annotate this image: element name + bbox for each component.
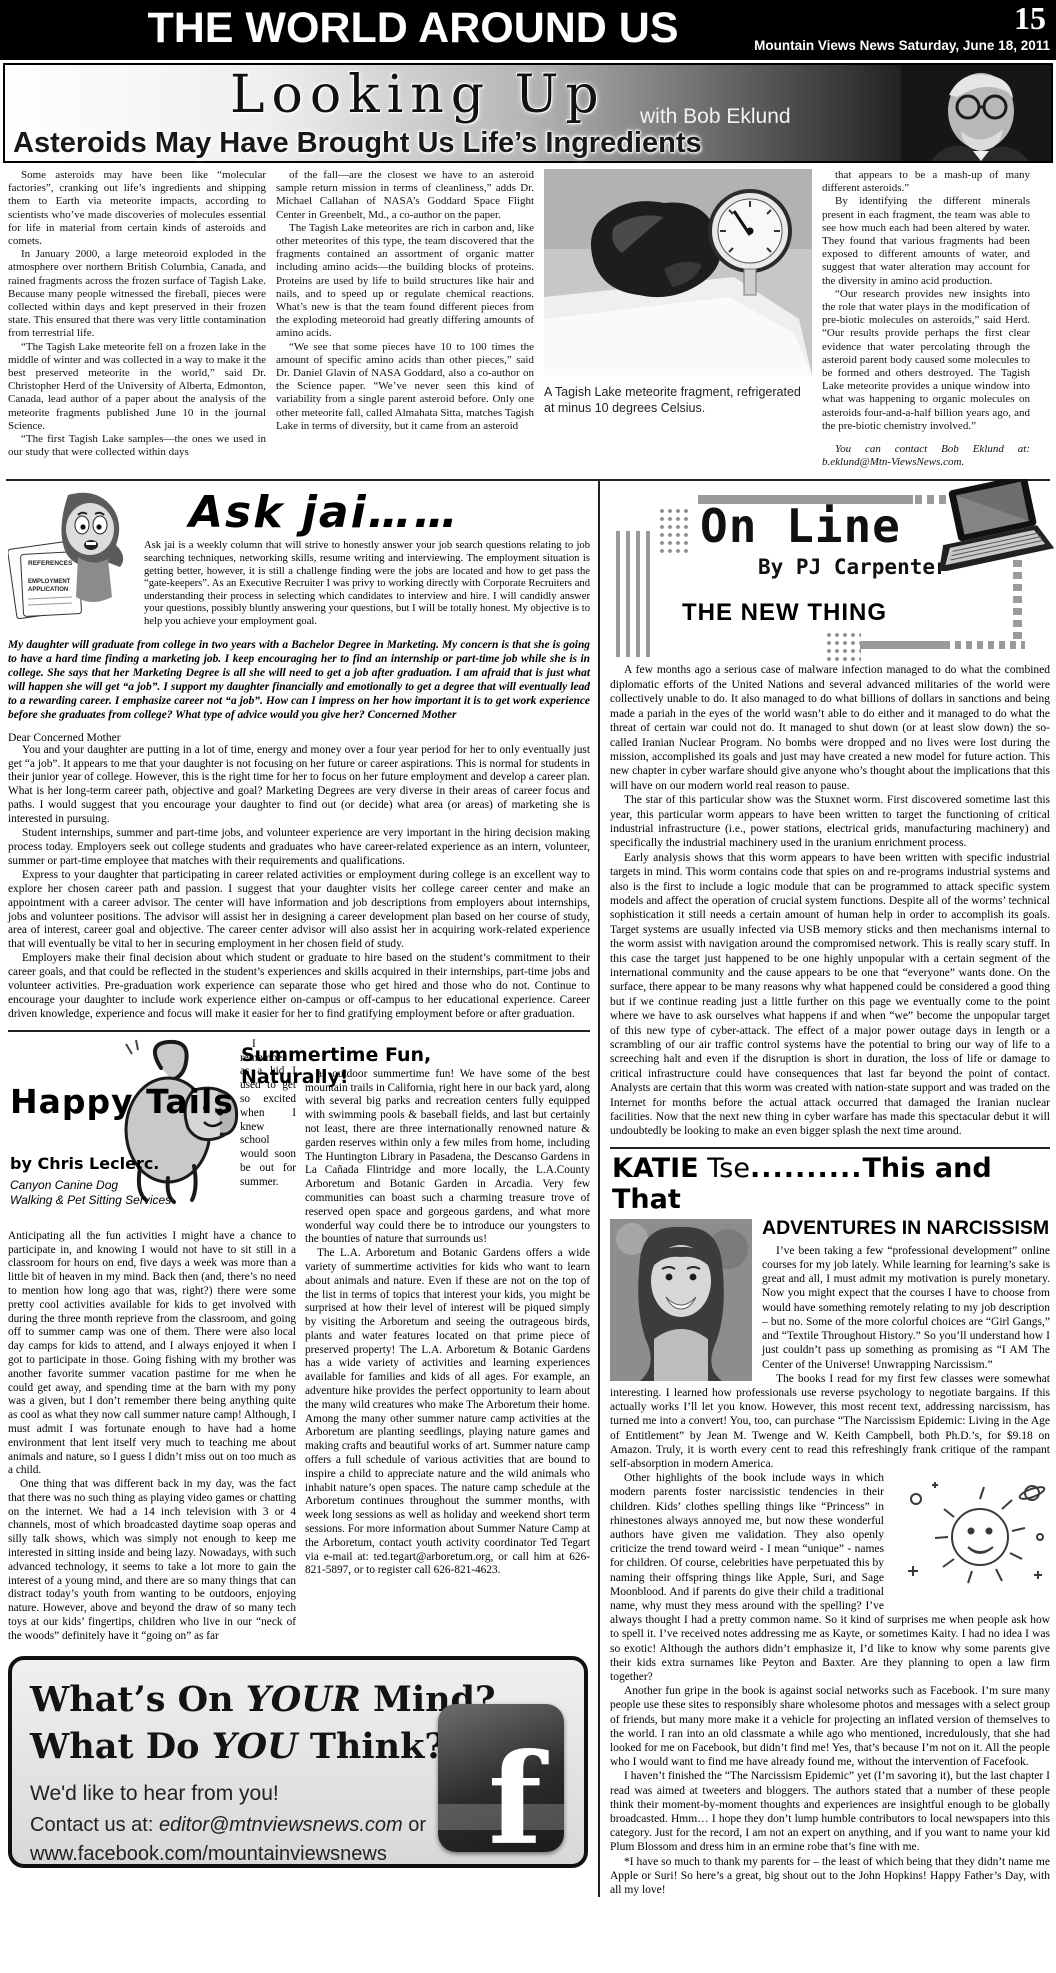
text: What Do <box>30 1726 212 1767</box>
newspaper-page: THE WORLD AROUND US 15 Mountain Views Ne… <box>0 0 1056 1973</box>
paragraph: The star of this particular show was the… <box>610 793 1050 851</box>
column-logo-looking-up: Looking Up <box>230 65 606 125</box>
facebook-f-icon: f <box>488 1749 542 1852</box>
article-column-1: Some asteroids may have been like “molec… <box>8 169 266 469</box>
on-line-article: A few months ago a serious case of malwa… <box>610 663 1050 1138</box>
paragraph: Express to your daughter that participat… <box>8 869 590 952</box>
article-headline: Asteroids May Have Brought Us Life’s Ing… <box>13 127 843 160</box>
paragraph: Other highlights of the book include way… <box>610 1471 1050 1684</box>
facebook-logo-shine <box>438 1804 564 1830</box>
contact-line: You can contact Bob Eklund at: b.eklund@… <box>822 443 1030 469</box>
bob-eklund-photo <box>901 65 1051 161</box>
masthead-title: THE WORLD AROUND US <box>0 4 826 53</box>
ask-jai-cartoon: REFERENCES EMPLOYMENT APPLICATION <box>8 487 136 619</box>
paragraph: Student internships, summer and part-tim… <box>8 827 590 869</box>
header-dots: .......... <box>750 1153 863 1184</box>
text: Think? <box>298 1726 445 1767</box>
happy-tails-section: Summertime Fun, Naturally! <box>8 1032 590 1644</box>
feedback-box: What’s On YOUR Mind? What Do YOU Think? … <box>8 1656 588 1868</box>
paragraph: Some asteroids may have been like “molec… <box>8 169 266 248</box>
ask-jai-intro: Ask jai is a weekly column that will str… <box>144 540 590 628</box>
section-divider <box>610 1147 1050 1149</box>
emphasis-your: YOUR <box>246 1679 361 1720</box>
happy-tails-column-2: as outdoor summertime fun! We have some … <box>305 1038 590 1644</box>
paragraph: of the fall—are the closest we have to a… <box>276 169 534 222</box>
paragraph: “The first Tagish Lake samples—the ones … <box>8 433 266 459</box>
looking-up-banner: Looking Up with Bob Eklund Asteroids May… <box>3 63 1053 163</box>
paragraph: as outdoor summertime fun! We have some … <box>305 1068 590 1247</box>
ask-jai-title: Ask jai…… <box>189 487 590 538</box>
laptop-icon <box>926 479 1054 571</box>
text: What’s On <box>30 1679 246 1720</box>
logo-dot-matrix-2 <box>825 631 861 661</box>
this-and-that-subtitle: ADVENTURES IN NARCISSISM <box>760 1217 1050 1240</box>
paragraph: Another fun gripe in the book is against… <box>610 1684 1050 1769</box>
paragraph: In January 2000, a large meteoroid explo… <box>8 248 266 340</box>
ask-jai-answer: You and your daughter are putting in a l… <box>8 744 590 1022</box>
paragraph: The Tagish Lake meteorites are rich in c… <box>276 222 534 341</box>
left-column-stack: REFERENCES EMPLOYMENT APPLICATION <box>0 481 598 1897</box>
katie-photo <box>610 1219 752 1381</box>
paragraph: A few months ago a serious case of malwa… <box>610 663 1050 793</box>
ask-jai-section: REFERENCES EMPLOYMENT APPLICATION <box>8 487 590 1021</box>
paragraph: *I have so much to thank my parents for … <box>610 1855 1050 1898</box>
author-first-name: KATIE <box>612 1153 699 1184</box>
article-column-3: that appears to be a mash-up of many dif… <box>822 169 1030 469</box>
paragraph: I haven’t finished the “The Narcissism E… <box>610 1769 1050 1854</box>
paragraph: The L.A. Arboretum and Botanic Gardens o… <box>305 1247 590 1578</box>
ask-jai-intro-block: Ask jai…… Ask jai is a weekly column tha… <box>144 487 590 628</box>
cartoon-label-application: APPLICATION <box>28 587 68 593</box>
paragraph: Early analysis shows that this worm appe… <box>610 851 1050 1139</box>
lower-sections: REFERENCES EMPLOYMENT APPLICATION <box>0 481 1056 1897</box>
dog-illustration <box>106 1038 246 1208</box>
article-column-2: of the fall—are the closest we have to a… <box>276 169 534 469</box>
author-surname: Tse <box>699 1153 750 1184</box>
facebook-logo: f <box>438 1704 564 1852</box>
page-number: 15 <box>1014 0 1046 37</box>
asteroid-article: Some asteroids may have been like “molec… <box>0 163 1056 477</box>
logo-dash-decoration-2 <box>955 641 1025 649</box>
looking-up-byline: with Bob Eklund <box>640 105 791 129</box>
happy-tails-logo: Happy Tails by Chris Leclerc. Canyon Can… <box>8 1038 240 1230</box>
sun-illustration <box>892 1475 1050 1603</box>
happy-tails-service-line-1: Canyon Canine Dog <box>10 1178 118 1192</box>
date-line: Mountain Views News Saturday, June 18, 2… <box>754 38 1050 53</box>
happy-tails-title: Happy Tails <box>10 1082 234 1121</box>
paragraph: that appears to be a mash-up of many dif… <box>822 169 1030 195</box>
cartoon-label-references: REFERENCES <box>28 560 73 567</box>
paragraph: You and your daughter are putting in a l… <box>8 744 590 827</box>
text: or <box>403 1814 426 1836</box>
photo-caption: A Tagish Lake meteorite fragment, refrig… <box>544 385 812 416</box>
meteorite-photo <box>544 169 812 375</box>
logo-dot-matrix <box>658 507 692 553</box>
this-and-that-header: KATIE Tse..........This and That <box>612 1153 1050 1215</box>
happy-tails-byline: by Chris Leclerc. <box>10 1154 159 1173</box>
answer-salutation: Dear Concerned Mother <box>8 731 590 744</box>
paragraph: By identifying the different minerals pr… <box>822 195 1030 287</box>
on-line-subtitle: THE NEW THING <box>682 599 887 627</box>
happy-tails-service-line-2: Walking & Pet Sitting Services <box>10 1193 171 1207</box>
editor-email: editor@mtnviewsnews.com <box>159 1814 403 1836</box>
happy-tails-headline: Summertime Fun, Naturally! <box>241 1044 519 1088</box>
meteorite-figure: A Tagish Lake meteorite fragment, refrig… <box>544 169 812 469</box>
paragraph: “We see that some pieces have 10 to 100 … <box>276 341 534 433</box>
emphasis-you: YOU <box>212 1726 298 1767</box>
on-line-byline: By PJ Carpenter <box>758 555 948 579</box>
paragraph: The books I read for my first few classe… <box>610 1372 1050 1471</box>
ask-jai-header: REFERENCES EMPLOYMENT APPLICATION <box>8 487 590 628</box>
paragraph: Employers make their final decision abou… <box>8 952 590 1022</box>
contact-label: Contact us at: <box>30 1814 159 1836</box>
on-line-section: On Line By PJ Carpenter THE NEW THING <box>610 485 1050 1138</box>
on-line-title: On Line <box>700 499 901 553</box>
paragraph: “The Tagish Lake meteorite fell on a fro… <box>8 341 266 433</box>
reader-question: My daughter will graduate from college i… <box>8 638 590 722</box>
paragraph: One thing that was different back in my … <box>8 1478 296 1644</box>
this-and-that-section: KATIE Tse..........This and That ADVENTU… <box>610 1153 1050 1897</box>
logo-bar-decoration-2 <box>860 641 950 649</box>
page-header: THE WORLD AROUND US 15 Mountain Views Ne… <box>0 0 1056 60</box>
right-column-stack: On Line By PJ Carpenter THE NEW THING <box>598 481 1056 1897</box>
logo-vertical-bars <box>616 531 650 657</box>
on-line-logo: On Line By PJ Carpenter THE NEW THING <box>610 485 1050 663</box>
happy-tails-column-1: Happy Tails by Chris Leclerc. Canyon Can… <box>8 1038 296 1644</box>
cartoon-label-employment: EMPLOYMENT <box>28 579 71 585</box>
paragraph: “Our research provides new insights into… <box>822 288 1030 433</box>
